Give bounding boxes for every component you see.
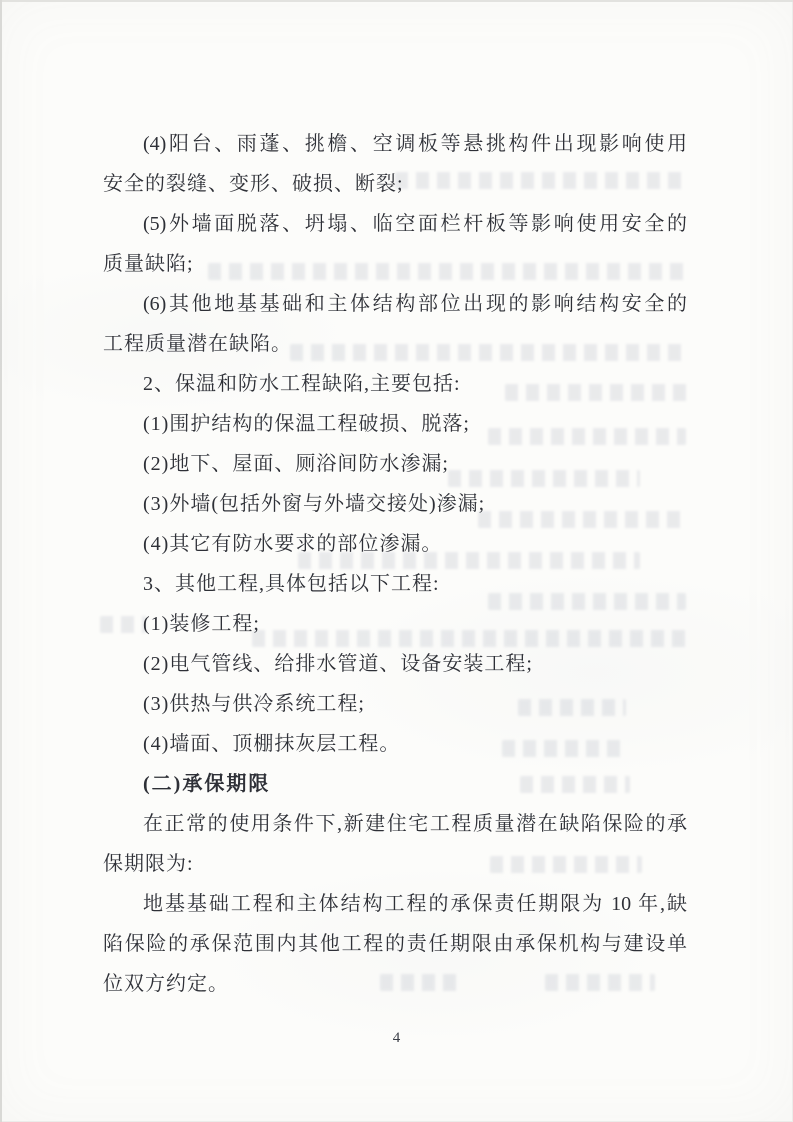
- document-line: 位双方约定。: [103, 964, 687, 1004]
- section-heading: (二)承保期限: [103, 764, 687, 804]
- document-body: (4)阳台、雨蓬、挑檐、空调板等悬挑构件出现影响使用 安全的裂缝、变形、破损、断…: [103, 124, 687, 1004]
- document-line: (4)阳台、雨蓬、挑檐、空调板等悬挑构件出现影响使用: [103, 124, 687, 164]
- document-line: (4)其它有防水要求的部位渗漏。: [103, 524, 687, 564]
- document-line: (1)装修工程;: [103, 604, 687, 644]
- scanned-document-page: (4)阳台、雨蓬、挑檐、空调板等悬挑构件出现影响使用 安全的裂缝、变形、破损、断…: [0, 0, 793, 1122]
- document-line: 2、保温和防水工程缺陷,主要包括:: [103, 364, 687, 404]
- document-line: (3)供热与供冷系统工程;: [103, 684, 687, 724]
- document-line: 保期限为:: [103, 844, 687, 884]
- document-line: 地基基础工程和主体结构工程的承保责任期限为 10 年,缺: [103, 884, 687, 924]
- document-line: 3、其他工程,具体包括以下工程:: [103, 564, 687, 604]
- document-line: (4)墙面、顶棚抹灰层工程。: [103, 724, 687, 764]
- document-line: (1)围护结构的保温工程破损、脱落;: [103, 404, 687, 444]
- document-line: (5)外墙面脱落、坍塌、临空面栏杆板等影响使用安全的: [103, 204, 687, 244]
- document-line: 在正常的使用条件下,新建住宅工程质量潜在缺陷保险的承: [103, 804, 687, 844]
- page-number: 4: [0, 1028, 793, 1048]
- document-line: (3)外墙(包括外窗与外墙交接处)渗漏;: [103, 484, 687, 524]
- document-line: 质量缺陷;: [103, 244, 687, 284]
- document-line: 工程质量潜在缺陷。: [103, 324, 687, 364]
- document-line: (2)地下、屋面、厕浴间防水渗漏;: [103, 444, 687, 484]
- document-line: 安全的裂缝、变形、破损、断裂;: [103, 164, 687, 204]
- document-line: 陷保险的承保范围内其他工程的责任期限由承保机构与建设单: [103, 924, 687, 964]
- document-line: (2)电气管线、给排水管道、设备安装工程;: [103, 644, 687, 684]
- document-line: (6)其他地基基础和主体结构部位出现的影响结构安全的: [103, 284, 687, 324]
